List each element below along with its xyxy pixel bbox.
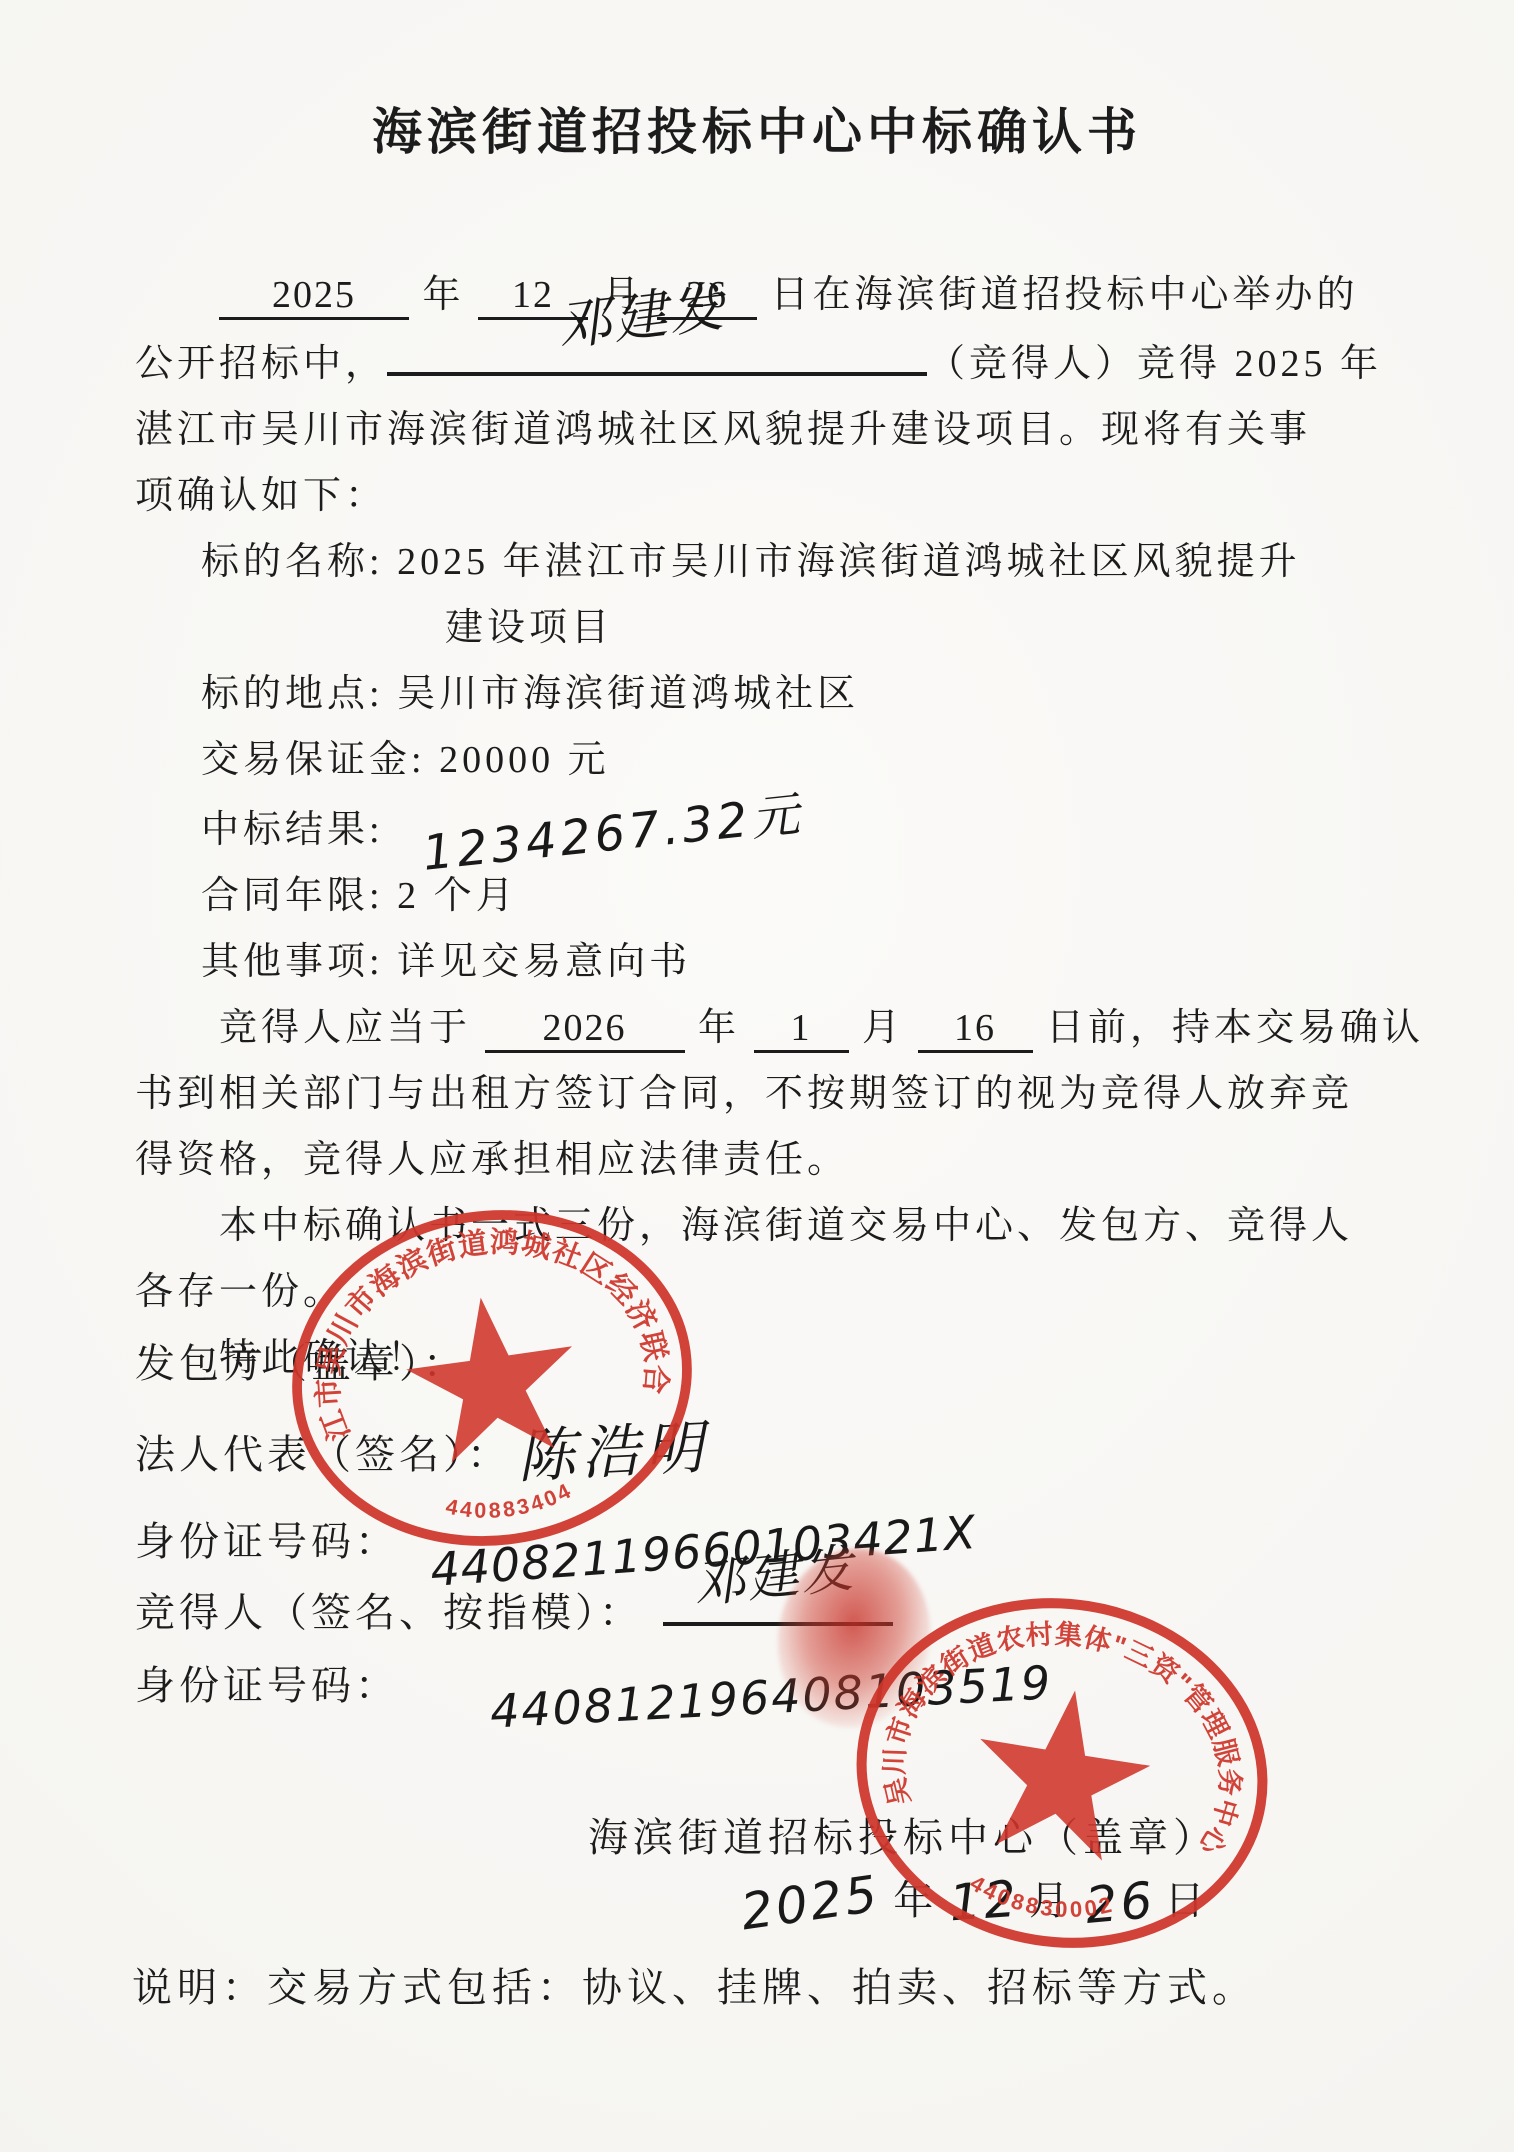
item-other: 其他事项: 详见交易意向书 bbox=[135, 929, 1405, 995]
document-body: 2025 年 12 月 26 日在海滨街道招投标中心举办的 公开招标中，邓建发（… bbox=[135, 262, 1405, 1391]
deposit-value: 20000 元 bbox=[439, 739, 610, 781]
other-label: 其他事项: bbox=[201, 941, 397, 983]
item-result: 中标结果: 1234267.32元 bbox=[135, 793, 1405, 863]
deadline-unit-year: 年 bbox=[698, 1007, 740, 1049]
deadline-prefix: 竞得人应当于 bbox=[219, 1007, 471, 1049]
term-label: 合同年限: bbox=[201, 875, 397, 917]
item-term: 合同年限: 2 个月 bbox=[135, 863, 1405, 929]
svg-text:440883404: 440883404 bbox=[441, 1477, 579, 1531]
intro-line2-prefix: 公开招标中， bbox=[135, 343, 387, 385]
deadline-line-2: 书到相关部门与出租方签订合同，不按期签订的视为竞得人放弃竞 bbox=[135, 1061, 1405, 1127]
deposit-label: 交易保证金: bbox=[201, 739, 439, 781]
document-page: 海滨街道招投标中心中标确认书 2025 年 12 月 26 日在海滨街道招投标中… bbox=[0, 0, 1514, 2152]
footnote: 说明：交易方式包括：协议、挂牌、拍卖、招标等方式。 bbox=[132, 1956, 1257, 2013]
other-value: 详见交易意向书 bbox=[397, 941, 691, 983]
page-title: 海滨街道招投标中心中标确认书 bbox=[0, 0, 1514, 164]
result-label: 中标结果: bbox=[201, 809, 397, 851]
deadline-line-1: 竞得人应当于 2026 年 1 月 16 日前，持本交易确认 bbox=[135, 995, 1405, 1061]
subject-place-label: 标的地点: bbox=[201, 673, 397, 715]
unit-year: 年 bbox=[423, 274, 465, 316]
subject-place-value: 吴川市海滨街道鸿城社区 bbox=[397, 673, 859, 715]
seal-star-icon bbox=[398, 1286, 586, 1467]
intro-line-4: 项确认如下： bbox=[135, 463, 1405, 529]
intro-line1-rest: 日在海滨街道招投标中心举办的 bbox=[771, 274, 1359, 316]
item-deposit: 交易保证金: 20000 元 bbox=[135, 727, 1405, 793]
intro-line2-suffix: （竞得人）竞得 2025 年 bbox=[927, 343, 1382, 385]
community-seal-graphic: 湛江市吴川市海滨街道鸿城社区经济联合社 440883404 bbox=[258, 1176, 726, 1580]
deadline-blank-year: 2026 bbox=[485, 1008, 685, 1053]
subject-name-value: 2025 年湛江市吴川市海滨街道鸿城社区风貌提升 bbox=[397, 541, 1301, 583]
trading-center-stamp: 吴川市海滨街道农村集体"三资"管理服务中心 4408830002 bbox=[825, 1563, 1300, 1983]
blank-year: 2025 bbox=[219, 275, 409, 320]
deadline-blank-day: 16 bbox=[918, 1008, 1033, 1053]
intro-line-3: 湛江市吴川市海滨街道鸿城社区风貌提升建设项目。现将有关事 bbox=[135, 397, 1405, 463]
deadline-unit-month: 月 bbox=[862, 1007, 904, 1049]
item-subject-name-cont: 建设项目 bbox=[135, 595, 1405, 661]
community-seal-stamp: 湛江市吴川市海滨街道鸿城社区经济联合社 440883404 bbox=[258, 1176, 726, 1580]
subject-name-label: 标的名称: bbox=[201, 541, 397, 583]
intro-line-2: 公开招标中，邓建发（竞得人）竞得 2025 年 bbox=[135, 328, 1405, 397]
trading-center-seal-graphic: 吴川市海滨街道农村集体"三资"管理服务中心 4408830002 bbox=[825, 1563, 1300, 1983]
seal-star-icon bbox=[964, 1677, 1160, 1866]
bidder-id-label: 身份证号码： bbox=[135, 1663, 399, 1708]
deadline-line1-rest: 日前，持本交易确认 bbox=[1046, 1007, 1424, 1049]
winner-signature-blank: 邓建发 bbox=[387, 328, 927, 376]
deadline-line-3: 得资格，竞得人应承担相应法律责任。 bbox=[135, 1127, 1405, 1193]
seal-code-text: 440883404 bbox=[441, 1477, 579, 1531]
item-subject-name: 标的名称: 2025 年湛江市吴川市海滨街道鸿城社区风貌提升 bbox=[135, 529, 1405, 595]
bidder-sign-label: 竞得人（签名、按指模）： bbox=[135, 1590, 643, 1635]
deadline-blank-month: 1 bbox=[754, 1008, 849, 1053]
intro-line-1: 2025 年 12 月 26 日在海滨街道招投标中心举办的 bbox=[135, 262, 1405, 328]
item-subject-place: 标的地点: 吴川市海滨街道鸿城社区 bbox=[135, 661, 1405, 727]
